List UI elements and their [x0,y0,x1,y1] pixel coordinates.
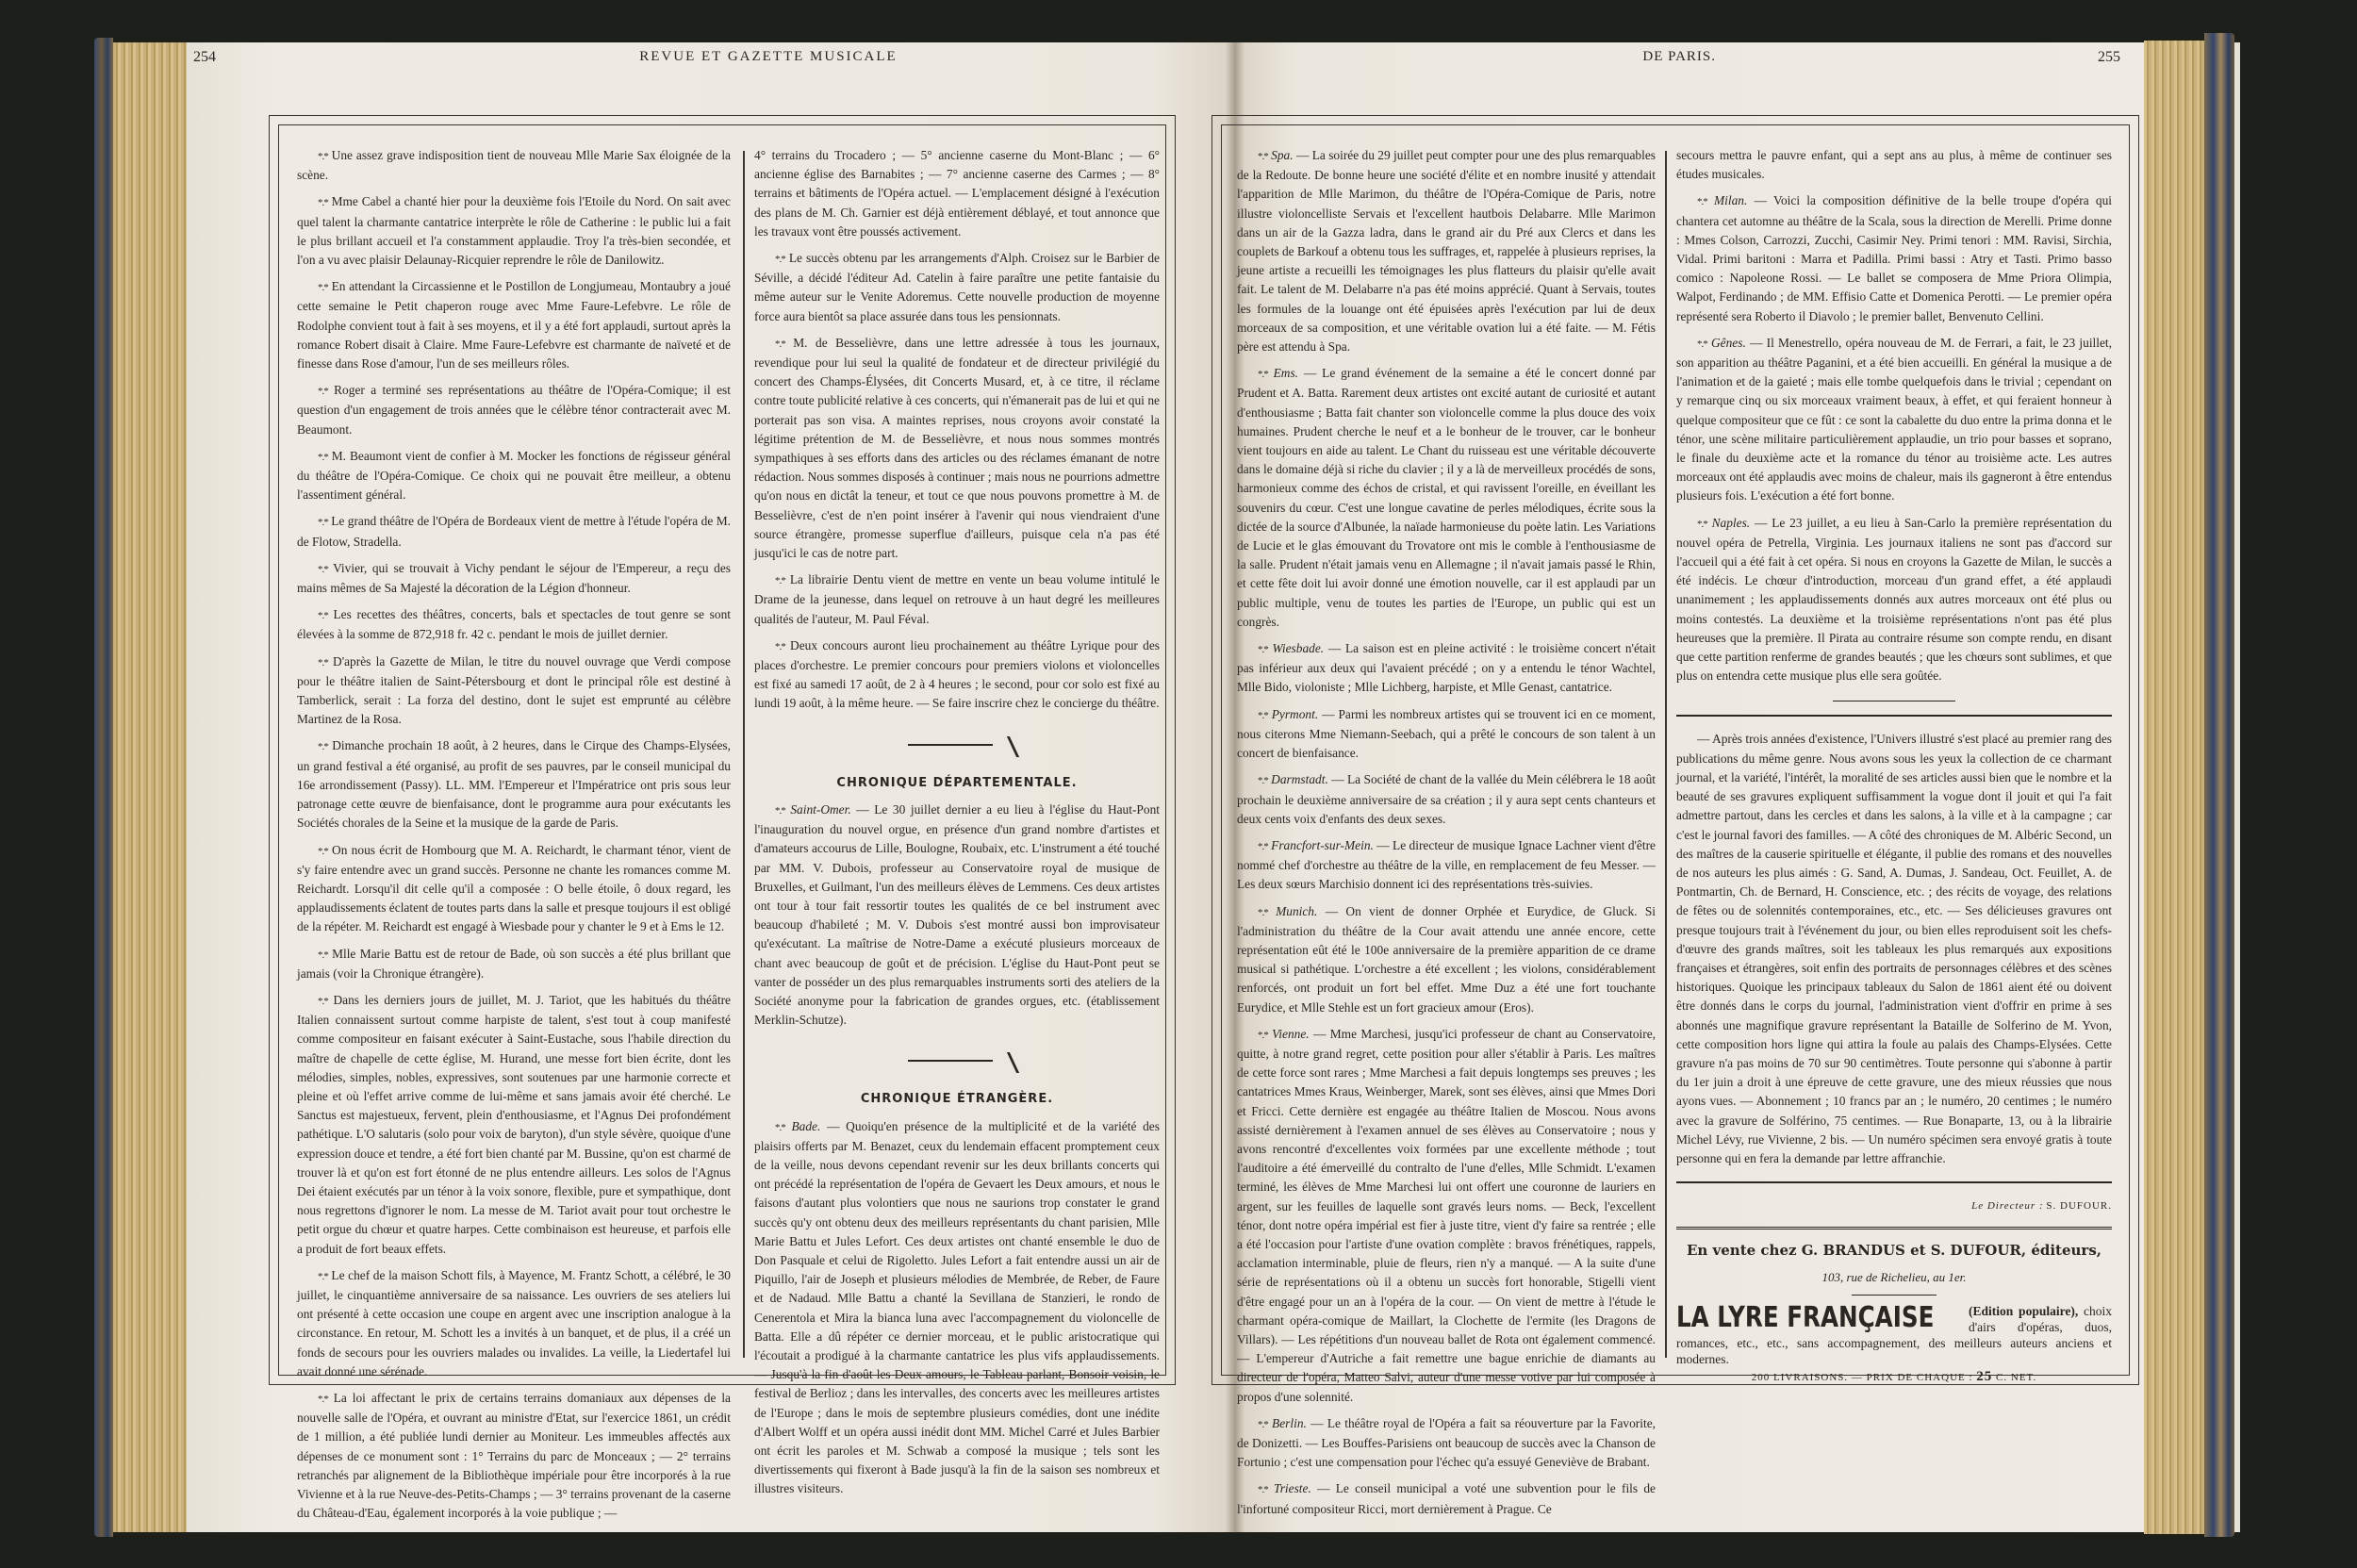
left-page-number: 254 [193,49,216,66]
left-column-2: 4° terrains du Trocadero ; — 5° ancienne… [754,146,1160,1507]
book-cover-right [2204,33,2234,1537]
asterism-marker: *.* [1258,907,1268,918]
asterism-marker: *.* [775,805,785,817]
place-name: Vienne. [1272,1027,1310,1041]
place-name: Darmstadt. [1271,772,1328,786]
book-cover-left [94,38,113,1537]
news-item: *.* Mme Cabel a chanté hier pour la deux… [297,192,731,270]
asterism-marker: *.* [318,996,328,1007]
asterism-marker: *.* [1258,644,1268,655]
place-name: Saint-Omer. [790,802,850,817]
news-item: *.* M. Beaumont vient de confier à M. Mo… [297,447,731,505]
news-item: *.* Le succès obtenu par les arrangement… [754,249,1160,326]
asterism-marker: *.* [1258,1030,1268,1041]
news-item: *.* Munich. — On vient de donner Orphée … [1237,902,1656,1017]
news-item: *.* Naples. — Le 23 juillet, a eu lieu à… [1676,514,2112,686]
place-name: Spa. [1271,148,1293,162]
news-item: *.* D'après la Gazette de Milan, le titr… [297,652,731,730]
page-edges-left [113,42,187,1532]
right-column-1: *.* Spa. — La soirée du 29 juillet peut … [1237,146,1656,1527]
news-item: *.* Milan. — Voici la composition défini… [1676,191,2112,325]
news-item: *.* Le chef de la maison Schott fils, à … [297,1266,731,1381]
place-name: Gênes. [1711,336,1746,350]
asterism-marker: *.* [318,282,328,293]
place-name: Bade. [791,1119,820,1133]
asterism-marker: *.* [318,197,328,208]
asterism-marker: *.* [318,846,328,857]
asterism-marker: *.* [1258,841,1268,852]
news-item: *.* Darmstadt. — La Société de chant de … [1237,770,1656,829]
asterism-marker: *.* [318,1394,328,1405]
fleuron-ornament [754,727,1160,765]
news-item: *.* En attendant la Circassienne et le P… [297,277,731,373]
news-item: *.* Vienne. — Mme Marchesi, jusqu'ici pr… [1237,1025,1656,1407]
signature-label: Le Directeur : [1971,1200,2044,1212]
asterism-marker: *.* [318,452,328,463]
news-item: *.* Dimanche prochain 18 août, à 2 heure… [297,736,731,833]
news-item: *.* Bade. — Quoiqu'en présence de la mul… [754,1117,1160,1499]
asterism-marker: *.* [1697,196,1707,207]
asterism-marker: *.* [775,641,785,652]
news-item: *.* Deux concours auront lieu prochainem… [754,636,1160,714]
asterism-marker: *.* [1258,369,1268,380]
asterism-marker: *.* [1258,775,1268,786]
place-name: Berlin. [1272,1416,1307,1430]
news-item: *.* Spa. — La soirée du 29 juillet peut … [1237,146,1656,356]
asterism-marker: *.* [318,949,328,961]
double-divider [1676,1227,2112,1230]
left-running-head: REVUE ET GAZETTE MUSICALE [504,49,1032,65]
asterism-marker: *.* [318,151,328,162]
place-name: Naples. [1712,516,1751,530]
news-item: *.* Trieste. — Le conseil municipal a vo… [1237,1479,1656,1518]
short-divider [1833,701,1955,701]
right-page-number: 255 [2098,49,2120,66]
place-name: Trieste. [1274,1481,1311,1495]
news-item: *.* Francfort-sur-Mein. — Le directeur d… [1237,836,1656,895]
asterism-marker: *.* [318,657,328,668]
news-item: *.* Berlin. — Le théâtre royal de l'Opér… [1237,1414,1656,1473]
asterism-marker: *.* [775,254,785,265]
advert-title: LA LYRE FRANÇAISE [1676,1303,1908,1333]
left-column-1: *.* Une assez grave indisposition tient … [297,146,731,1530]
news-item-continued: 4° terrains du Trocadero ; — 5° ancienne… [754,146,1160,241]
short-divider [1852,1295,1937,1296]
asterism-marker: *.* [318,517,328,528]
news-item-continued: secours mettra le pauvre enfant, qui a s… [1676,146,2112,184]
section-heading-departementale: CHRONIQUE DÉPARTEMENTALE. [754,774,1160,793]
asterism-marker: *.* [1258,1419,1268,1430]
right-column-2: secours mettra le pauvre enfant, qui a s… [1676,146,2112,1395]
news-item: *.* Saint-Omer. — Le 30 juillet dernier … [754,801,1160,1030]
news-item: *.* Roger a terminé ses représentations … [297,381,731,439]
news-item: *.* Les recettes des théâtres, concerts,… [297,605,731,644]
asterism-marker: *.* [318,610,328,621]
asterism-marker: *.* [775,1122,785,1133]
right-running-head: DE PARIS. [1226,49,1716,65]
asterism-marker: *.* [1697,519,1707,530]
news-item: *.* Ems. — Le grand événement de la sema… [1237,364,1656,632]
univers-illustre-notice: — Après trois années d'existence, l'Univ… [1676,730,2112,1168]
news-item: *.* Gênes. — Il Menestrello, opéra nouve… [1676,334,2112,506]
news-item: *.* Le grand théâtre de l'Opéra de Borde… [297,512,731,551]
asterism-marker: *.* [318,741,328,752]
place-name: Munich. [1276,904,1317,918]
page-edges-right [2144,41,2204,1534]
place-name: Wiesbade. [1272,641,1324,655]
news-item: *.* Mlle Marie Battu est de retour de Ba… [297,945,731,983]
asterism-marker: *.* [775,575,785,586]
asterism-marker: *.* [1697,338,1707,350]
right-column-divider [1665,151,1667,1358]
place-name: Milan. [1714,193,1747,207]
place-name: Ems. [1274,366,1298,380]
fleuron-ornament [754,1043,1160,1081]
publisher-line: En vente chez G. BRANDUS et S. DUFOUR, é… [1676,1241,2112,1260]
news-item: *.* Wiesbade. — La saison est en pleine … [1237,639,1656,698]
asterism-marker: *.* [318,386,328,397]
place-name: Francfort-sur-Mein. [1271,838,1374,852]
news-item: *.* On nous écrit de Hombourg que M. A. … [297,841,731,937]
asterism-marker: *.* [1258,1484,1268,1495]
section-divider [1676,1181,2112,1183]
section-divider [1676,715,2112,717]
left-column-divider [743,151,745,1358]
advert-lyre-francaise: LA LYRE FRANÇAISE (Edition populaire), c… [1676,1303,2112,1367]
signature: Le Directeur : S. DUFOUR. [1676,1197,2112,1215]
section-heading-etrangere: CHRONIQUE ÉTRANGÈRE. [754,1090,1160,1109]
asterism-marker: *.* [318,564,328,575]
place-name: Pyrmont. [1272,707,1318,721]
asterism-marker: *.* [775,338,785,350]
publisher-address: 103, rue de Richelieu, au 1er. [1676,1268,2112,1287]
news-item: *.* Une assez grave indisposition tient … [297,146,731,185]
news-item: *.* Dans les derniers jours de juillet, … [297,991,731,1259]
advert-edition: (Edition populaire), [1969,1304,2078,1318]
news-item: *.* La loi affectant le prix de certains… [297,1389,731,1523]
news-item: *.* La librairie Dentu vient de mettre e… [754,570,1160,629]
asterism-marker: *.* [318,1271,328,1282]
asterism-marker: *.* [1258,151,1268,162]
news-item: *.* Vivier, qui se trouvait à Vichy pend… [297,559,731,598]
asterism-marker: *.* [1258,710,1268,721]
signature-name: S. DUFOUR. [2046,1200,2112,1212]
advert-price: 200 LIVRAISONS. — PRIX DE CHAQUE : 25 C.… [1676,1367,2112,1387]
news-item: *.* Pyrmont. — Parmi les nombreux artist… [1237,705,1656,764]
news-item: *.* M. de Besselièvre, dans une lettre a… [754,334,1160,563]
